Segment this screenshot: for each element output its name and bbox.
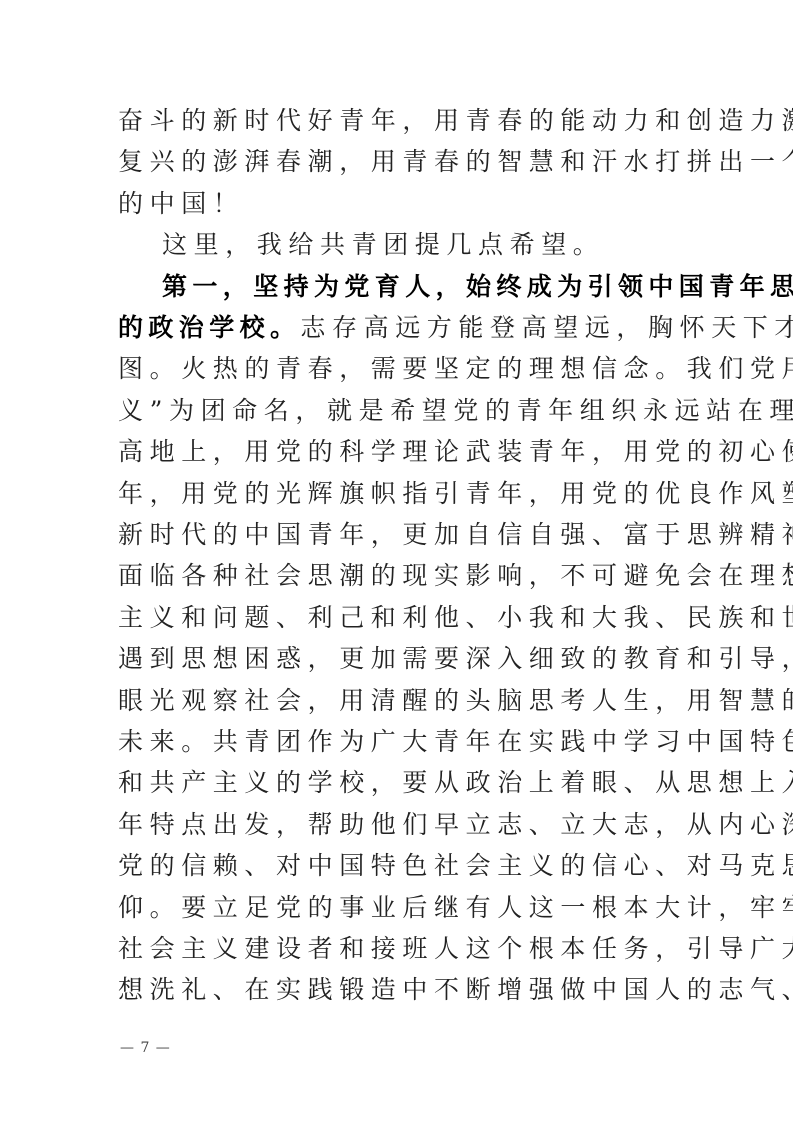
line-text: 遇到思想困惑，更加需要深入细致的教育和引导，用敏锐的: [118, 644, 793, 673]
text-line: 奋斗的新时代好青年，用青春的能动力和创造力激荡起民族: [118, 100, 793, 141]
line-text: 高地上，用党的科学理论武装青年，用党的初心使命感召青: [118, 437, 793, 466]
line-text: 未来。共青团作为广大青年在实践中学习中国特色社会主义: [118, 727, 793, 756]
line-text: 义”为团命名，就是希望党的青年组织永远站在理想信念的: [118, 396, 793, 425]
section-heading-line: 第一，坚持为党育人，始终成为引领中国青年思想进步: [118, 266, 793, 307]
text-line: 未来。共青团作为广大青年在实践中学习中国特色社会主义: [118, 721, 793, 762]
line-text: 社会主义建设者和接班人这个根本任务，引导广大青年在思: [118, 934, 793, 963]
text-line: 复兴的澎湃春潮，用青春的智慧和汗水打拼出一个更加美好: [118, 141, 793, 182]
text-line: 高地上，用党的科学理论武装青年，用党的初心使命感召青: [118, 431, 793, 472]
line-text: 这里，我给共青团提几点希望。: [162, 230, 604, 259]
text-line: 面临各种社会思潮的现实影响，不可避免会在理想和现实、: [118, 555, 793, 596]
text-line: 遇到思想困惑，更加需要深入细致的教育和引导，用敏锐的: [118, 638, 793, 679]
line-text: 党的信赖、对中国特色社会主义的信心、对马克思主义的信: [118, 851, 793, 880]
text-line: 的中国！: [118, 183, 244, 224]
text-line: 想洗礼、在实践锻造中不断增强做中国人的志气、骨气、底: [118, 969, 793, 1010]
line-text: 奋斗的新时代好青年，用青春的能动力和创造力激荡起民族: [118, 106, 793, 135]
text-line: 年特点出发，帮助他们早立志、立大志，从内心深处厚植对: [118, 804, 793, 845]
line-text: 年，用党的光辉旗帜指引青年，用党的优良作风塑造青年。: [118, 479, 793, 508]
line-text: 眼光观察社会，用清醒的头脑思考人生，用智慧的力量创造: [118, 686, 793, 715]
text-line: 年，用党的光辉旗帜指引青年，用党的优良作风塑造青年。: [118, 473, 793, 514]
text-line: 党的信赖、对中国特色社会主义的信心、对马克思主义的信: [118, 845, 793, 886]
line-text: 图。火热的青春，需要坚定的理想信念。我们党用“共产主: [118, 354, 793, 383]
line-text: 仰。要立足党的事业后继有人这一根本大计，牢牢把握培养: [118, 893, 793, 922]
line-text: 面临各种社会思潮的现实影响，不可避免会在理想和现实、: [118, 561, 793, 590]
text-line: 社会主义建设者和接班人这个根本任务，引导广大青年在思: [118, 928, 793, 969]
line-text: 主义和问题、利己和利他、小我和大我、民族和世界等方面: [118, 603, 793, 632]
line-text: 想洗礼、在实践锻造中不断增强做中国人的志气、骨气、底: [118, 975, 793, 1004]
section-heading: 第一，坚持为党育人，始终成为引领中国青年思想进步: [162, 272, 793, 301]
page-number: — 7 —: [120, 1040, 171, 1056]
text-line: 图。火热的青春，需要坚定的理想信念。我们党用“共产主: [118, 348, 793, 389]
paragraph-intro: 这里，我给共青团提几点希望。: [118, 224, 604, 265]
line-text: 年特点出发，帮助他们早立志、立大志，从内心深处厚植对: [118, 810, 793, 839]
text-line: 的政治学校。志存高远方能登高望远，胸怀天下才可大展宏: [118, 307, 793, 348]
text-line: 仰。要立足党的事业后继有人这一根本大计，牢牢把握培养: [118, 887, 793, 928]
document-page: 奋斗的新时代好青年，用青春的能动力和创造力激荡起民族 复兴的澎湃春潮，用青春的智…: [0, 0, 793, 1122]
text-line: 主义和问题、利己和利他、小我和大我、民族和世界等方面: [118, 597, 793, 638]
line-text: 复兴的澎湃春潮，用青春的智慧和汗水打拼出一个更加美好: [118, 147, 793, 176]
line-text: 志存高远方能登高望远，胸怀天下才可大展宏: [300, 313, 793, 342]
section-heading-end: 的政治学校。: [118, 313, 300, 342]
text-line: 和共产主义的学校，要从政治上着眼、从思想上入手、从青: [118, 762, 793, 803]
text-line: 眼光观察社会，用清醒的头脑思考人生，用智慧的力量创造: [118, 680, 793, 721]
line-text: 的中国！: [118, 189, 244, 218]
text-line: 义”为团命名，就是希望党的青年组织永远站在理想信念的: [118, 390, 793, 431]
line-text: 和共产主义的学校，要从政治上着眼、从思想上入手、从青: [118, 768, 793, 797]
line-text: 新时代的中国青年，更加自信自强、富于思辨精神，同时也: [118, 520, 793, 549]
text-line: 新时代的中国青年，更加自信自强、富于思辨精神，同时也: [118, 514, 793, 555]
